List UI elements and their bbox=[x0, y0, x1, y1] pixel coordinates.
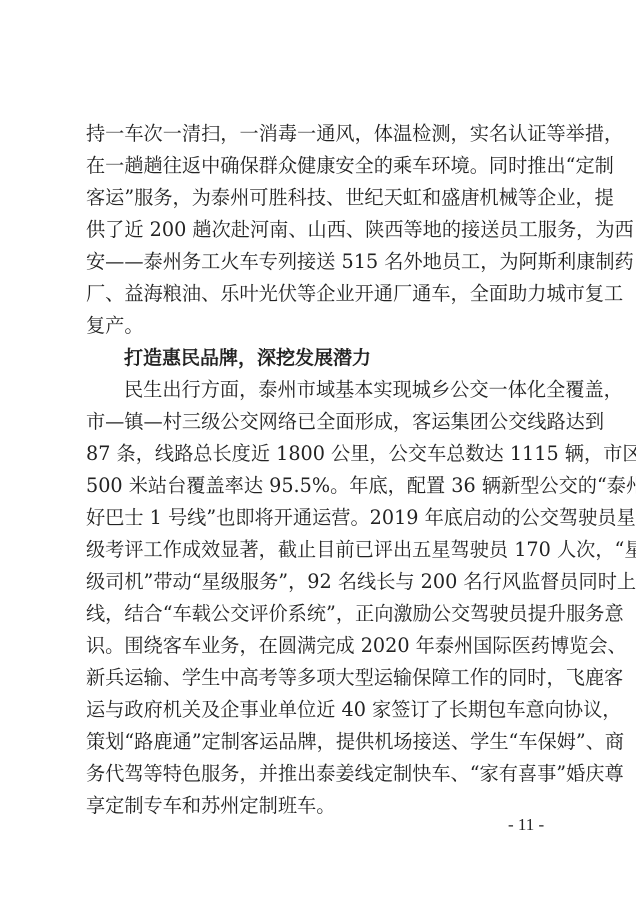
section-heading: 打造惠民品牌，深挖发展潜力 bbox=[86, 342, 556, 374]
paragraph-2: 民生出行方面，泰州市域基本实现城乡公交一体化全覆盖， 市—镇—村三级公交网络已全… bbox=[86, 374, 556, 822]
text-line: 务代驾等特色服务，并推出泰姜线定制快车、“家有喜事”婚庆尊 bbox=[86, 758, 556, 790]
text-line: 级司机”带动“星级服务”，92 名线长与 200 名行风监督员同时上 bbox=[86, 566, 556, 598]
text-line: 87 条，线路总长度近 1800 公里，公交车总数达 1115 辆，市区 bbox=[86, 438, 556, 470]
text-line: 厂、益海粮油、乐叶光伏等企业开通厂通车，全面助力城市复工 bbox=[86, 278, 556, 310]
text-line: 供了近 200 趟次赴河南、山西、陕西等地的接送员工服务，为西 bbox=[86, 214, 556, 246]
document-body: 持一车次一清扫，一消毒一通风，体温检测，实名认证等举措， 在一趟趟往返中确保群众… bbox=[86, 118, 556, 822]
paragraph-1: 持一车次一清扫，一消毒一通风，体温检测，实名认证等举措， 在一趟趟往返中确保群众… bbox=[86, 118, 556, 342]
text-line: 500 米站台覆盖率达 95.5%。年底，配置 36 辆新型公交的“泰州 bbox=[86, 470, 556, 502]
text-line: 安——泰州务工火车专列接送 515 名外地员工，为阿斯利康制药 bbox=[86, 246, 556, 278]
text-line: 识。围绕客车业务，在圆满完成 2020 年泰州国际医药博览会、 bbox=[86, 630, 556, 662]
text-line: 运与政府机关及企事业单位近 40 家签订了长期包车意向协议， bbox=[86, 694, 556, 726]
text-line: 复产。 bbox=[86, 310, 556, 342]
text-line: 好巴士 1 号线”也即将开通运营。2019 年底启动的公交驾驶员星 bbox=[86, 502, 556, 534]
text-line: 新兵运输、学生中高考等多项大型运输保障工作的同时，飞鹿客 bbox=[86, 662, 556, 694]
text-line: 享定制专车和苏州定制班车。 bbox=[86, 790, 556, 822]
page-number: - 11 - bbox=[508, 815, 544, 835]
text-line: 线，结合“车载公交评价系统”，正向激励公交驾驶员提升服务意 bbox=[86, 598, 556, 630]
text-line: 市—镇—村三级公交网络已全面形成，客运集团公交线路达到 bbox=[86, 406, 556, 438]
text-line: 持一车次一清扫，一消毒一通风，体温检测，实名认证等举措， bbox=[86, 118, 556, 150]
text-line: 在一趟趟往返中确保群众健康安全的乘车环境。同时推出“定制 bbox=[86, 150, 556, 182]
text-line: 民生出行方面，泰州市域基本实现城乡公交一体化全覆盖， bbox=[86, 374, 556, 406]
text-line: 策划“路鹿通”定制客运品牌，提供机场接送、学生“车保姆”、商 bbox=[86, 726, 556, 758]
text-line: 客运”服务，为泰州可胜科技、世纪天虹和盛唐机械等企业，提 bbox=[86, 182, 556, 214]
text-line: 级考评工作成效显著，截止目前已评出五星驾驶员 170 人次，“星 bbox=[86, 534, 556, 566]
